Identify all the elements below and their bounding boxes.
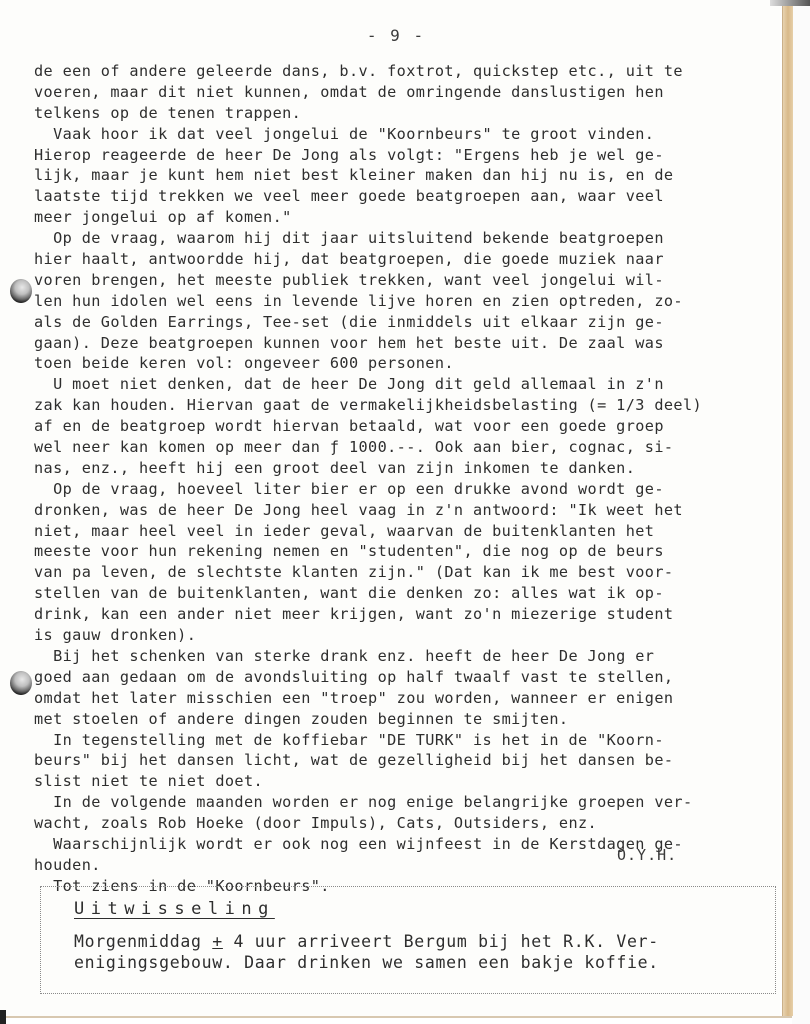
text-line: voeren, maar dit niet kunnen, omdat de o…	[34, 82, 774, 103]
text-line: zak kan houden. Hiervan gaat de vermakel…	[34, 395, 774, 416]
text-line: Op de vraag, hoeveel liter bier er op ee…	[34, 479, 774, 500]
notice-line-2: enigingsgebouw. Daar drinken we samen ee…	[74, 953, 659, 972]
plus-minus-sign: +	[212, 932, 223, 951]
page-edge	[782, 6, 793, 1016]
text-line: meer jongelui op af komen."	[34, 207, 774, 228]
text-line: hier haalt, antwoordde hij, dat beatgroe…	[34, 249, 774, 270]
punch-hole-icon	[10, 279, 32, 303]
text-line: wacht, zoals Rob Hoeke (door Impuls), Ca…	[34, 813, 774, 834]
author-signature: O.Y.H.	[617, 846, 677, 864]
text-line: lijk, maar je kunt hem niet best kleiner…	[34, 165, 774, 186]
text-line: laatste tijd trekken we veel meer goede …	[34, 186, 774, 207]
text-line: goed aan gedaan om de avondsluiting op h…	[34, 667, 774, 688]
scan-corner-mark	[0, 1010, 6, 1024]
text-line: als de Golden Earrings, Tee-set (die inm…	[34, 312, 774, 333]
text-line: In tegenstelling met de koffiebar "DE TU…	[34, 730, 774, 751]
notice-line-1-start: Morgenmiddag	[74, 932, 212, 951]
document-page: - 9 - de een of andere geleerde dans, b.…	[0, 0, 780, 1018]
scan-background	[792, 0, 810, 1024]
text-line: toen beide keren vol: ongeveer 600 perso…	[34, 353, 774, 374]
text-line: len hun idolen wel eens in levende lijve…	[34, 291, 774, 312]
text-line: af en de beatgroep wordt hiervan betaald…	[34, 416, 774, 437]
scan-shadow	[770, 0, 810, 6]
text-line: meeste voor hun rekening nemen en "stude…	[34, 541, 774, 562]
text-line: Bij het schenken van sterke drank enz. h…	[34, 646, 774, 667]
page-bottom-edge	[0, 1016, 792, 1018]
text-line: Hierop reageerde de heer De Jong als vol…	[34, 145, 774, 166]
text-line: de een of andere geleerde dans, b.v. fox…	[34, 61, 774, 82]
text-line: dronken, was de heer De Jong heel vaag i…	[34, 500, 774, 521]
page-number: - 9 -	[0, 26, 792, 45]
text-line: Op de vraag, waarom hij dit jaar uitslui…	[34, 228, 774, 249]
text-line: omdat het later misschien een "troep" zo…	[34, 688, 774, 709]
text-line: telkens op de tenen trappen.	[34, 103, 774, 124]
article-body: de een of andere geleerde dans, b.v. fox…	[34, 61, 774, 897]
notice-line-1-end: 4 uur arriveert Bergum bij het R.K. Ver-	[223, 932, 659, 951]
text-line: stellen van de buitenklanten, want die d…	[34, 583, 774, 604]
text-line: drink, kan een ander niet meer krijgen, …	[34, 604, 774, 625]
text-line: voren brengen, het meeste publiek trekke…	[34, 270, 774, 291]
text-line: U moet niet denken, dat de heer De Jong …	[34, 374, 774, 395]
text-line: met stoelen of andere dingen zouden begi…	[34, 709, 774, 730]
notice-title: Uitwisseling	[74, 899, 275, 919]
text-line: Vaak hoor ik dat veel jongelui de "Koorn…	[34, 124, 774, 145]
text-line: beurs" bij het dansen licht, wat de geze…	[34, 750, 774, 771]
text-line: gaan). Deze beatgroepen kunnen voor hem …	[34, 333, 774, 354]
text-line: In de volgende maanden worden er nog eni…	[34, 792, 774, 813]
text-line: niet, maar heel veel in ieder geval, waa…	[34, 521, 774, 542]
text-line: van pa leven, de slechtste klanten zijn.…	[34, 562, 774, 583]
notice-text: Morgenmiddag + 4 uur arriveert Bergum bi…	[74, 931, 659, 973]
text-line: wel neer kan komen op meer dan ƒ 1000.--…	[34, 437, 774, 458]
notice-box: Uitwisseling Morgenmiddag + 4 uur arrive…	[40, 886, 776, 994]
text-line: nas, enz., heeft hij een groot deel van …	[34, 458, 774, 479]
text-line: slist niet te niet doet.	[34, 771, 774, 792]
punch-hole-icon	[10, 671, 32, 695]
text-line: is gauw dronken).	[34, 625, 774, 646]
